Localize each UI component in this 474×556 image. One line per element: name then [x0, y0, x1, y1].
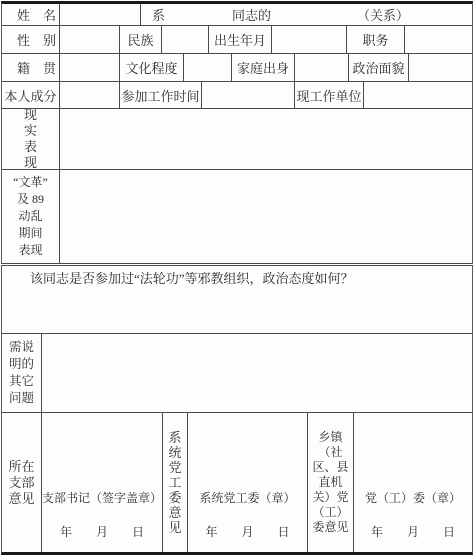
native-place-label: 籍 贯	[2, 54, 60, 81]
cultural-revolution-input-area[interactable]	[60, 170, 472, 263]
gender-input-cell[interactable]	[60, 26, 120, 53]
family-origin-input-cell[interactable]	[295, 54, 349, 81]
system-date-label: 年 月 日	[205, 523, 289, 540]
branch-secretary-sign-label: 支部书记（签字盖章）	[42, 489, 162, 506]
party-committee-seal-label: 党（工）委（章）	[365, 489, 461, 506]
row-falungong-question: 该同志是否参加过“法轮功”等邪教组织，政治态度如何？	[2, 266, 472, 334]
birth-date-label: 出生年月	[209, 26, 272, 53]
education-label: 文化程度	[120, 54, 184, 81]
row-name-relation: 姓 名 系 同志的 （关系）	[2, 4, 472, 26]
township-committee-label: 乡镇 （社 区、县 直机 关）党 （工） 委意见	[308, 413, 354, 552]
row-gender-ethnicity: 性 别 民族 出生年月 职务	[2, 26, 472, 54]
row-other-issues: 需说 明的 其它 问题	[2, 334, 472, 413]
other-issues-input-area[interactable]	[42, 334, 472, 412]
relation-cell[interactable]: 系 同志的 （关系）	[141, 4, 472, 25]
form-upper-section: 姓 名 系 同志的 （关系） 性 别 民族 出生年月 职务 籍 贯 文化程度 家…	[1, 1, 473, 264]
work-start-input-cell[interactable]	[202, 82, 295, 108]
township-committee-area[interactable]: 党（工）委（章） 年 月 日	[354, 413, 472, 552]
cultural-revolution-label: “文革” 及 89 动乱 期间 表现	[2, 170, 60, 263]
relation-is-label: 系	[152, 5, 165, 24]
ethnicity-input-cell[interactable]	[162, 26, 209, 53]
personal-class-input-cell[interactable]	[60, 82, 120, 108]
birth-date-input-cell[interactable]	[272, 26, 347, 53]
row-native-education: 籍 贯 文化程度 家庭出身 政治面貌	[2, 54, 472, 82]
duty-input-cell[interactable]	[405, 26, 472, 53]
falungong-question-text: 该同志是否参加过“法轮功”等邪教组织，政治态度如何？	[30, 270, 354, 287]
name-input-cell[interactable]	[60, 4, 141, 25]
relation-comrade-label: 同志的	[232, 5, 271, 24]
gender-label: 性 别	[2, 26, 60, 53]
system-committee-area[interactable]: 系统党工委（章） 年 月 日	[188, 413, 308, 552]
political-status-input-cell[interactable]	[409, 54, 472, 81]
party-date-label: 年 月 日	[371, 523, 455, 540]
performance-input-area[interactable]	[60, 109, 472, 169]
system-committee-label: 系 统 党 工 委 意 见	[163, 413, 188, 552]
form-lower-section: 该同志是否参加过“法轮功”等邪教组织，政治态度如何？ 需说 明的 其它 问题 所…	[1, 265, 473, 555]
branch-opinion-label: 所在 支部 意见	[2, 413, 42, 552]
native-place-input-cell[interactable]	[60, 54, 120, 81]
falungong-question-cell[interactable]: 该同志是否参加过“法轮功”等邪教组织，政治态度如何？	[2, 266, 472, 333]
work-unit-label: 现工作单位	[295, 82, 364, 108]
other-issues-label: 需说 明的 其它 问题	[2, 334, 42, 412]
branch-opinion-area[interactable]: 支部书记（签字盖章） 年 月 日	[42, 413, 163, 552]
political-review-form: 姓 名 系 同志的 （关系） 性 别 民族 出生年月 职务 籍 贯 文化程度 家…	[0, 0, 474, 556]
row-opinions: 所在 支部 意见 支部书记（签字盖章） 年 月 日 系 统 党 工 委 意 见 …	[2, 413, 472, 552]
ethnicity-label: 民族	[120, 26, 162, 53]
family-origin-label: 家庭出身	[232, 54, 295, 81]
name-label: 姓 名	[2, 4, 60, 25]
political-status-label: 政治面貌	[349, 54, 409, 81]
personal-class-label: 本人成分	[2, 82, 60, 108]
relation-kind-label: （关系）	[357, 5, 409, 24]
education-input-cell[interactable]	[184, 54, 232, 81]
row-class-workunit: 本人成分 参加工作时间 现工作单位	[2, 82, 472, 109]
row-current-performance: 现 实 表 现	[2, 109, 472, 170]
work-start-label: 参加工作时间	[120, 82, 202, 108]
duty-label: 职务	[347, 26, 405, 53]
performance-label: 现 实 表 现	[2, 109, 60, 169]
work-unit-input-cell[interactable]	[364, 82, 472, 108]
row-cultural-revolution: “文革” 及 89 动乱 期间 表现	[2, 170, 472, 263]
branch-date-label: 年 月 日	[60, 523, 144, 540]
system-committee-seal-label: 系统党工委（章）	[199, 489, 295, 506]
